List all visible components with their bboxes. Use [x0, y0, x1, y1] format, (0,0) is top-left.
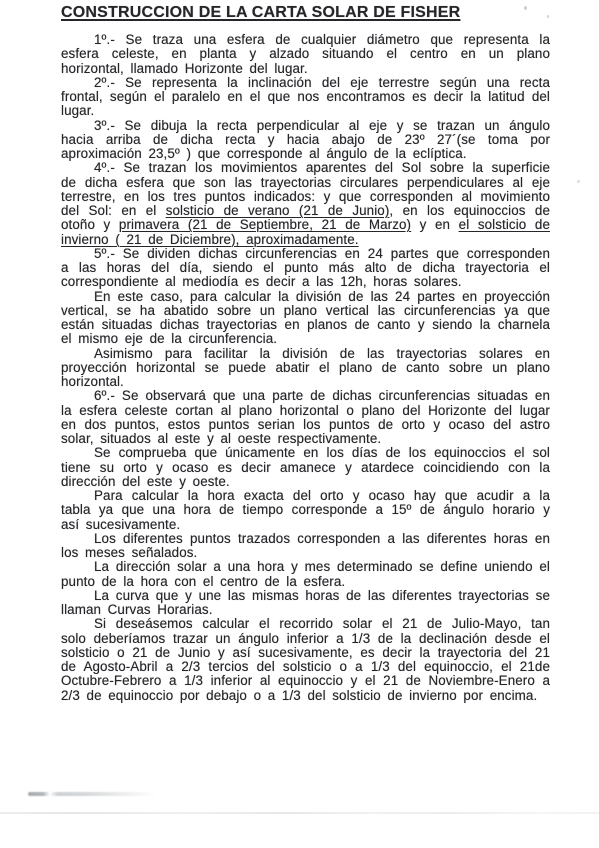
paragraph-2: 2º.- Se representa la inclinación del ej… [61, 76, 550, 119]
text-run: 6º.- Se observará que una parte de dicha… [61, 388, 550, 446]
scanned-document-page: CONSTRUCCION DE LA CARTA SOLAR DE FISHER… [0, 0, 599, 848]
text-run: 3º.- Se dibuja la recta perpendicular al… [61, 118, 550, 162]
text-run: Los diferentes puntos trazados correspon… [61, 531, 550, 560]
text-run: La dirección solar a una hora y mes dete… [61, 559, 550, 588]
paragraph-13: La curva que y une las mismas horas de l… [61, 589, 550, 618]
text-run: Se comprueba que únicamente en los días … [61, 445, 550, 489]
text-run: Si deseásemos calcular el recorrido sola… [61, 616, 550, 702]
text-run: En este caso, para calcular la división … [61, 289, 550, 347]
text-run: 2º.- Se representa la inclinación del ej… [61, 75, 550, 119]
paragraph-6: En este caso, para calcular la división … [61, 290, 550, 347]
paragraph-3: 3º.- Se dibuja la recta perpendicular al… [61, 119, 550, 162]
paragraph-12: La dirección solar a una hora y mes dete… [61, 560, 550, 589]
paragraph-4: 4º.- Se trazan los movimientos aparentes… [61, 161, 550, 247]
paragraph-10: Para calcular la hora exacta del orto y … [61, 489, 550, 532]
scan-speck [524, 6, 527, 10]
scan-smudge-artifact [28, 792, 156, 796]
scan-speck [547, 15, 549, 18]
underlined-phrase: primavera (21 de Septiembre, 21 de Marzo… [119, 217, 411, 232]
paragraph-1: 1º.- Se traza una esfera de cualquier di… [61, 33, 550, 76]
paragraph-7: Asimismo para facilitar la división de l… [61, 347, 550, 390]
text-run: 1º.- Se traza una esfera de cualquier di… [61, 32, 550, 76]
text-run: Asimismo para facilitar la división de l… [61, 346, 550, 390]
paragraph-9: Se comprueba que únicamente en los días … [61, 446, 550, 489]
text-run: 5º.- Se dividen dichas circunferencias e… [61, 246, 550, 290]
text-run: y en [411, 217, 459, 232]
underlined-phrase: solsticio de verano (21 de Junio) [166, 203, 390, 218]
document-content: CONSTRUCCION DE LA CARTA SOLAR DE FISHER… [61, 4, 550, 703]
document-title: CONSTRUCCION DE LA CARTA SOLAR DE FISHER [61, 4, 550, 22]
paragraph-11: Los diferentes puntos trazados correspon… [61, 532, 550, 561]
paragraph-14: Si deseásemos calcular el recorrido sola… [61, 617, 550, 703]
paragraph-8: 6º.- Se observará que una parte de dicha… [61, 389, 550, 446]
text-run: La curva que y une las mismas horas de l… [61, 588, 550, 617]
paragraph-5: 5º.- Se dividen dichas circunferencias e… [61, 247, 550, 290]
page-edge-shadow [0, 812, 599, 814]
text-run: Para calcular la hora exacta del orto y … [61, 488, 550, 532]
scan-speck [577, 180, 580, 183]
paragraphs: 1º.- Se traza una esfera de cualquier di… [61, 33, 550, 703]
